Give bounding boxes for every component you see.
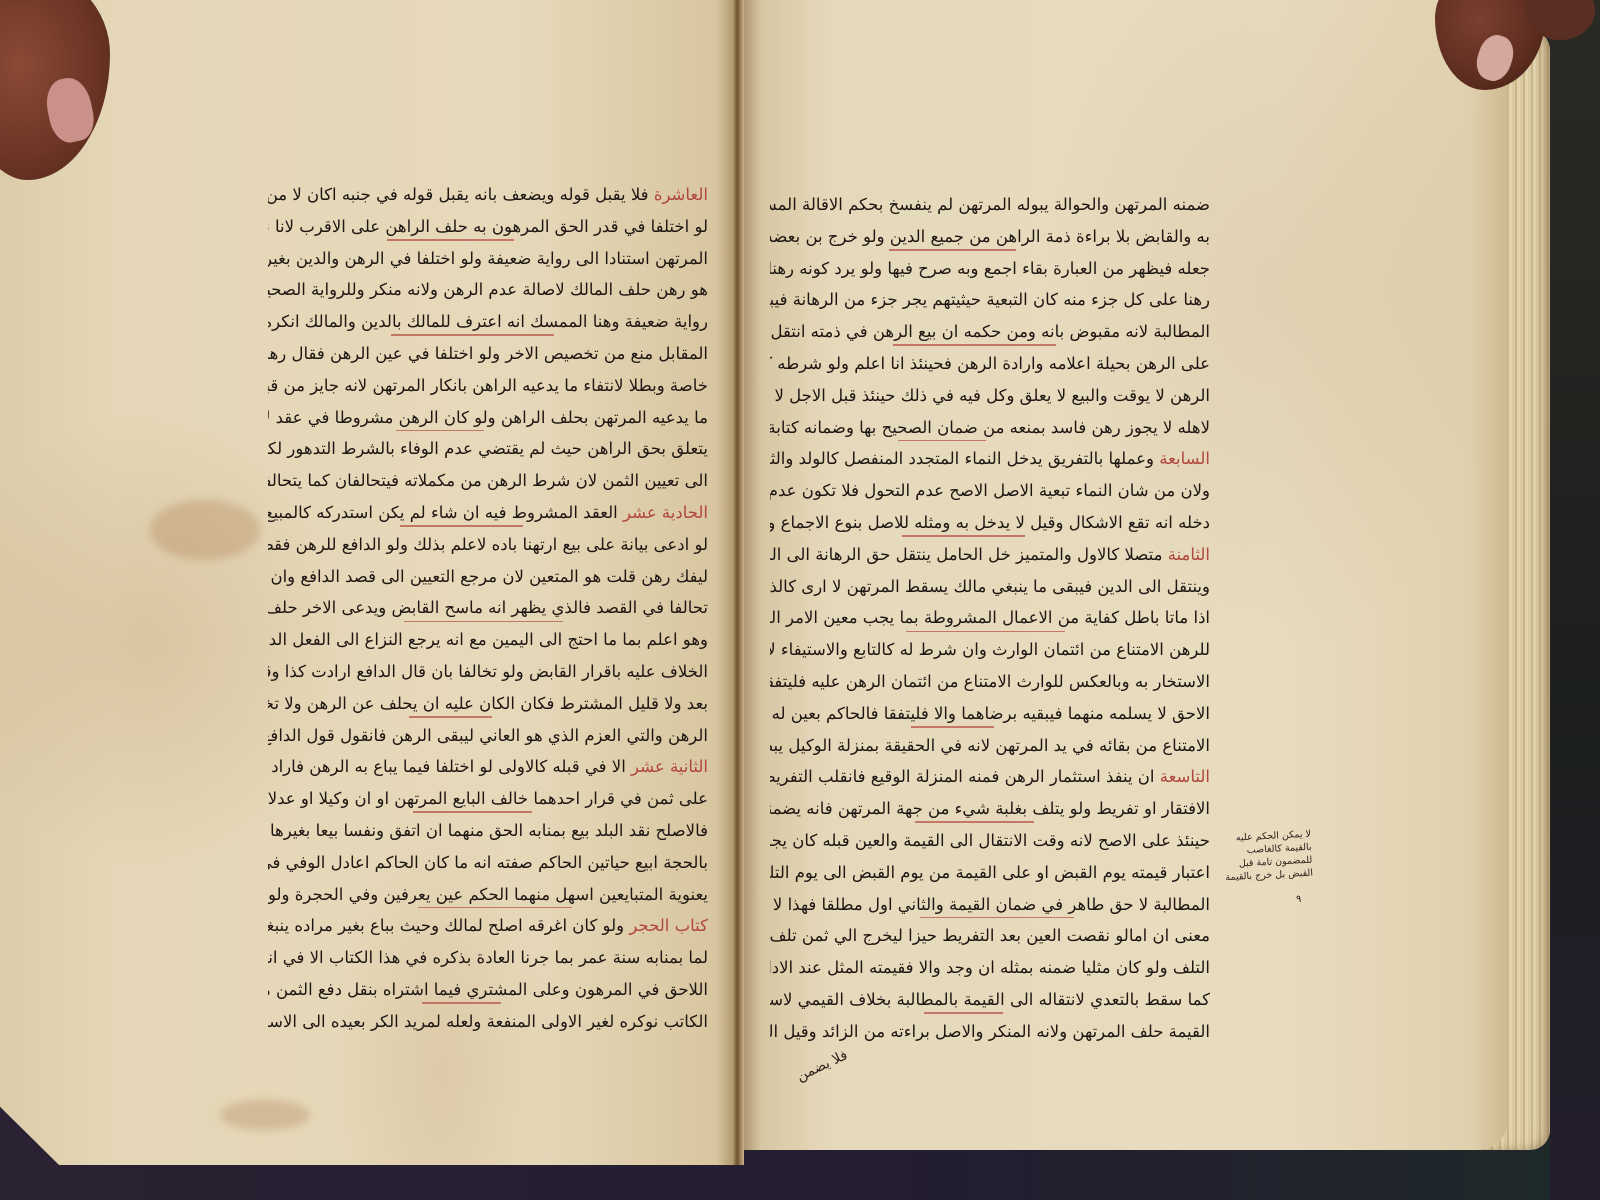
manuscript-line: اعتبار قيمته يوم القبض او على القيمة من … [770, 858, 1210, 890]
line-text: الكاتب نوكره لغير الاولى المنفعة ولعله ل… [268, 1012, 708, 1031]
manuscript-line: السابعة وعملها بالتفريق يدخل النماء المت… [770, 444, 1210, 476]
line-text: اللاحق في المرهون وعلى المشتري فيما اشتر… [268, 980, 708, 999]
manuscript-line: الثانية عشر الا في قبله كالاولى لو اختلف… [268, 752, 708, 784]
paper-stain [150, 500, 260, 560]
manuscript-line: الخلاف عليه باقرار القابض ولو تخالفا بان… [268, 657, 708, 689]
manuscript-line: الرهن لا يوقت والبيع لا يعلق وكل فيه في … [770, 381, 1210, 413]
background-right-edge [1550, 0, 1600, 1200]
line-text: جعله فيظهر من العبارة بقاء اجمع وبه صرح … [770, 259, 1210, 278]
line-text: الى تعيين الثمن لان شرط الرهن من مكملاته… [268, 471, 708, 490]
line-text: اذا ماتا باطل كفاية من الاعمال المشروطة … [770, 608, 1210, 627]
left-page-text: العاشرة فلا يقبل قوله ويضعف بانه يقبل قو… [268, 180, 708, 1039]
manuscript-line: ضمنه المرتهن والحوالة يبوله المرتهن لم ي… [770, 190, 1210, 222]
line-text: الاحق لا يسلمه منهما فيبقيه برضاهما والا… [770, 704, 1210, 723]
line-text: لو اختلفا في قدر الحق المرهون به حلف الر… [268, 217, 708, 236]
line-text: بالحجة ابيع حياتين الحاكم صفته انه ما كا… [268, 853, 708, 872]
line-text: ان ينفذ استثمار الرهن فمنه المنزلة الوقي… [770, 767, 1155, 786]
rubric-heading: كتاب الحجر [629, 916, 708, 935]
manuscript-line: الثامنة متصلا كالاول والمتميز خل الحامل … [770, 540, 1210, 572]
line-text: لاهله لا يجوز رهن فاسد بمنعه من ضمان الص… [770, 418, 1210, 437]
manuscript-line: الاستخار به وبالعكس للوارث الامتناع من ا… [770, 667, 1210, 699]
manuscript-line: المقابل منع من تخصيص الاخر ولو اختلفا في… [268, 339, 708, 371]
manuscript-line: لما بمنابه سنة عمر بما جرنا العادة بذكره… [268, 943, 708, 975]
line-text: المطالبة لانه مقبوض بانه ومن حكمه ان بيع… [770, 322, 1210, 341]
manuscript-line: لو اختلفا في قدر الحق المرهون به حلف الر… [268, 212, 708, 244]
manuscript-line: للرهن الامتناع من ائتمان الوارث وان شرط … [770, 635, 1210, 667]
line-text: فلا يقبل قوله ويضعف بانه يقبل قوله في جن… [268, 185, 649, 204]
folio-mark: ٩ [1296, 894, 1301, 905]
line-text: كما سقط بالتعدي لانتقاله الى القيمة بالم… [770, 990, 1210, 1009]
line-text: على ثمن في قرار احدهما خالف البايع المرت… [268, 789, 708, 808]
line-text: دخله انه تقع الاشكال وقيل لا يدخل به ومث… [770, 513, 1210, 532]
line-text: وينتقل الى الدين فيبقى ما ينبغي مالك يسق… [770, 577, 1210, 596]
line-text: ما يدعيه المرتهن بحلف الراهن ولو كان الر… [268, 408, 708, 427]
manuscript-line: خاصة وبطلا لانتفاء ما يدعيه الراهن بانكا… [268, 371, 708, 403]
rubric-heading: الثانية عشر [631, 757, 708, 776]
line-text: لما بمنابه سنة عمر بما جرنا العادة بذكره… [268, 948, 708, 967]
manuscript-line: العاشرة فلا يقبل قوله ويضعف بانه يقبل قو… [268, 180, 708, 212]
line-text: يتعلق بحق الراهن حيث لم يقتضي عدم الوفاء… [268, 439, 708, 458]
manuscript-line: لاهله لا يجوز رهن فاسد بمنعه من ضمان الص… [770, 413, 1210, 445]
manuscript-line: الامتناع من بقائه في يد المرتهن لانه في … [770, 731, 1210, 763]
line-text: ولو كان اغرقه اصلح لمالك وحيث بباع بغير … [268, 916, 624, 935]
paper-stain [220, 1100, 310, 1130]
line-text: الاستخار به وبالعكس للوارث الامتناع من ا… [770, 672, 1210, 691]
line-text: ضمنه المرتهن والحوالة يبوله المرتهن لم ي… [770, 195, 1210, 214]
line-text: الافتقار او تفريط ولو يتلف بغلبة شيء من … [770, 799, 1210, 818]
line-text: فالاصلح نقد البلد بيع بمنابه الحق منهما … [268, 821, 708, 840]
manuscript-line: يتعلق بحق الراهن حيث لم يقتضي عدم الوفاء… [268, 434, 708, 466]
manuscript-line: بالحجة ابيع حياتين الحاكم صفته انه ما كا… [268, 848, 708, 880]
manuscript-line: دخله انه تقع الاشكال وقيل لا يدخل به ومث… [770, 508, 1210, 540]
book-gutter [732, 0, 744, 1165]
manuscript-line: ولان من شان النماء تبعية الاصل الاصح عدم… [770, 476, 1210, 508]
line-text: الرهن لا يوقت والبيع لا يعلق وكل فيه في … [770, 386, 1210, 405]
line-text: الخلاف عليه باقرار القابض ولو تخالفا بان… [268, 662, 708, 681]
manuscript-line: هو رهن حلف المالك لاصالة عدم الرهن ولانه… [268, 275, 708, 307]
line-text: خاصة وبطلا لانتفاء ما يدعيه الراهن بانكا… [268, 376, 708, 395]
manuscript-line: كما سقط بالتعدي لانتقاله الى القيمة بالم… [770, 985, 1210, 1017]
manuscript-line: المطالبة لا حق طاهر في ضمان القيمة والثا… [770, 890, 1210, 922]
line-text: للرهن الامتناع من ائتمان الوارث وان شرط … [770, 640, 1210, 659]
line-text: العقد المشروط فيه ان شاء لم يكن استدركه … [268, 503, 618, 522]
manuscript-line: وهو اعلم بما ما احتج الى اليمين مع انه ي… [268, 625, 708, 657]
line-text: الرهن والتي العزم الذي هو العاني ليبقى ا… [268, 726, 708, 745]
manuscript-line: فالاصلح نقد البلد بيع بمنابه الحق منهما … [268, 816, 708, 848]
manuscript-line: التلف ولو كان مثليا ضمنه بمثله ان وجد وا… [770, 953, 1210, 985]
manuscript-line: تحالفا في القصد فالذي يظهر انه ماسح القا… [268, 593, 708, 625]
line-text: على الرهن بحيلة اعلامه وارادة الرهن فحين… [770, 354, 1210, 373]
manuscript-line: المرتهن استنادا الى رواية ضعيفة ولو اختل… [268, 244, 708, 276]
line-text: رواية ضعيفة وهنا الممسك انه اعترف للمالك… [268, 312, 708, 331]
line-text: المرتهن استنادا الى رواية ضعيفة ولو اختل… [268, 249, 708, 268]
manuscript-line: الافتقار او تفريط ولو يتلف بغلبة شيء من … [770, 794, 1210, 826]
manuscript-line: ليفك رهن قلت هو المتعين لان مرجع التعيين… [268, 562, 708, 594]
rubric-heading: التاسعة [1160, 767, 1210, 786]
rubric-heading: الحادية عشر [623, 503, 708, 522]
line-text: به والقابض بلا براءة ذمة الراهن من جميع … [770, 227, 1210, 246]
manuscript-line: الرهن والتي العزم الذي هو العاني ليبقى ا… [268, 721, 708, 753]
manuscript-line: رهنا على كل جزء منه كان التبعية حيثيتهم … [770, 285, 1210, 317]
line-text: حينئذ على الاصح لانه وقت الانتقال الى ال… [770, 831, 1210, 850]
right-page-text: ضمنه المرتهن والحوالة يبوله المرتهن لم ي… [770, 190, 1210, 1049]
line-text: وهو اعلم بما ما احتج الى اليمين مع انه ي… [268, 630, 708, 649]
manuscript-line: بعد ولا قليل المشترط فكان الكان عليه ان … [268, 689, 708, 721]
manuscript-line: حينئذ على الاصح لانه وقت الانتقال الى ال… [770, 826, 1210, 858]
line-text: رهنا على كل جزء منه كان التبعية حيثيتهم … [770, 290, 1210, 309]
manuscript-line: الى تعيين الثمن لان شرط الرهن من مكملاته… [268, 466, 708, 498]
line-text: معنى ان امالو نقصت العين بعد التفريط حيز… [770, 926, 1210, 945]
line-text: القيمة حلف المرتهن ولانه المنكر والاصل ب… [770, 1022, 1210, 1041]
manuscript-line: الكاتب نوكره لغير الاولى المنفعة ولعله ل… [268, 1007, 708, 1039]
manuscript-line: القيمة حلف المرتهن ولانه المنكر والاصل ب… [770, 1017, 1210, 1049]
line-text: التلف ولو كان مثليا ضمنه بمثله ان وجد وا… [770, 958, 1210, 977]
rubric-heading: الثامنة [1168, 545, 1210, 564]
manuscript-line: كتاب الحجر ولو كان اغرقه اصلح لمالك وحيث… [268, 911, 708, 943]
manuscript-line: رواية ضعيفة وهنا الممسك انه اعترف للمالك… [268, 307, 708, 339]
line-text: هو رهن حلف المالك لاصالة عدم الرهن ولانه… [268, 280, 708, 299]
manuscript-line: معنى ان امالو نقصت العين بعد التفريط حيز… [770, 921, 1210, 953]
manuscript-line: على الرهن بحيلة اعلامه وارادة الرهن فحين… [770, 349, 1210, 381]
manuscript-line: ما يدعيه المرتهن بحلف الراهن ولو كان الر… [268, 403, 708, 435]
manuscript-line: التاسعة ان ينفذ استثمار الرهن فمنه المنز… [770, 762, 1210, 794]
marginal-note: لا يمكن الحكم عليه بالقيمة كالغاصب للمضم… [1221, 828, 1314, 885]
line-text: ليفك رهن قلت هو المتعين لان مرجع التعيين… [268, 567, 708, 586]
line-text: اعتبار قيمته يوم القبض او على القيمة من … [770, 863, 1210, 882]
marginal-note-text: لا يمكن الحكم عليه بالقيمة كالغاصب للمضم… [1225, 829, 1313, 884]
manuscript-line: الحادية عشر العقد المشروط فيه ان شاء لم … [268, 498, 708, 530]
line-text: يعنوية المتبايعين اسهل منهما الحكم عين ي… [268, 885, 708, 904]
manuscript-line: يعنوية المتبايعين اسهل منهما الحكم عين ي… [268, 880, 708, 912]
manuscript-line: على ثمن في قرار احدهما خالف البايع المرت… [268, 784, 708, 816]
line-text: بعد ولا قليل المشترط فكان الكان عليه ان … [268, 694, 708, 713]
line-text: لو ادعى بيانة على بيع ارتهنا باده لاعلم … [268, 535, 708, 554]
manuscript-line: المطالبة لانه مقبوض بانه ومن حكمه ان بيع… [770, 317, 1210, 349]
line-text: الا في قبله كالاولى لو اختلفا فيما يباع … [268, 757, 626, 776]
line-text: ولان من شان النماء تبعية الاصل الاصح عدم… [770, 481, 1210, 500]
manuscript-line: اذا ماتا باطل كفاية من الاعمال المشروطة … [770, 603, 1210, 635]
rubric-heading: السابعة [1159, 449, 1210, 468]
line-text: المطالبة لا حق طاهر في ضمان القيمة والثا… [770, 895, 1210, 914]
line-text: وعملها بالتفريق يدخل النماء المتجدد المن… [770, 449, 1154, 468]
line-text: متصلا كالاول والمتميز خل الحامل ينتقل حق… [770, 545, 1162, 564]
rubric-heading: العاشرة [654, 185, 708, 204]
line-text: الامتناع من بقائه في يد المرتهن لانه في … [770, 736, 1210, 755]
manuscript-line: جعله فيظهر من العبارة بقاء اجمع وبه صرح … [770, 254, 1210, 286]
manuscript-line: به والقابض بلا براءة ذمة الراهن من جميع … [770, 222, 1210, 254]
manuscript-line: وينتقل الى الدين فيبقى ما ينبغي مالك يسق… [770, 572, 1210, 604]
line-text: المقابل منع من تخصيص الاخر ولو اختلفا في… [268, 344, 708, 363]
manuscript-line: لو ادعى بيانة على بيع ارتهنا باده لاعلم … [268, 530, 708, 562]
line-text: تحالفا في القصد فالذي يظهر انه ماسح القا… [268, 598, 708, 617]
manuscript-line: اللاحق في المرهون وعلى المشتري فيما اشتر… [268, 975, 708, 1007]
manuscript-line: الاحق لا يسلمه منهما فيبقيه برضاهما والا… [770, 699, 1210, 731]
